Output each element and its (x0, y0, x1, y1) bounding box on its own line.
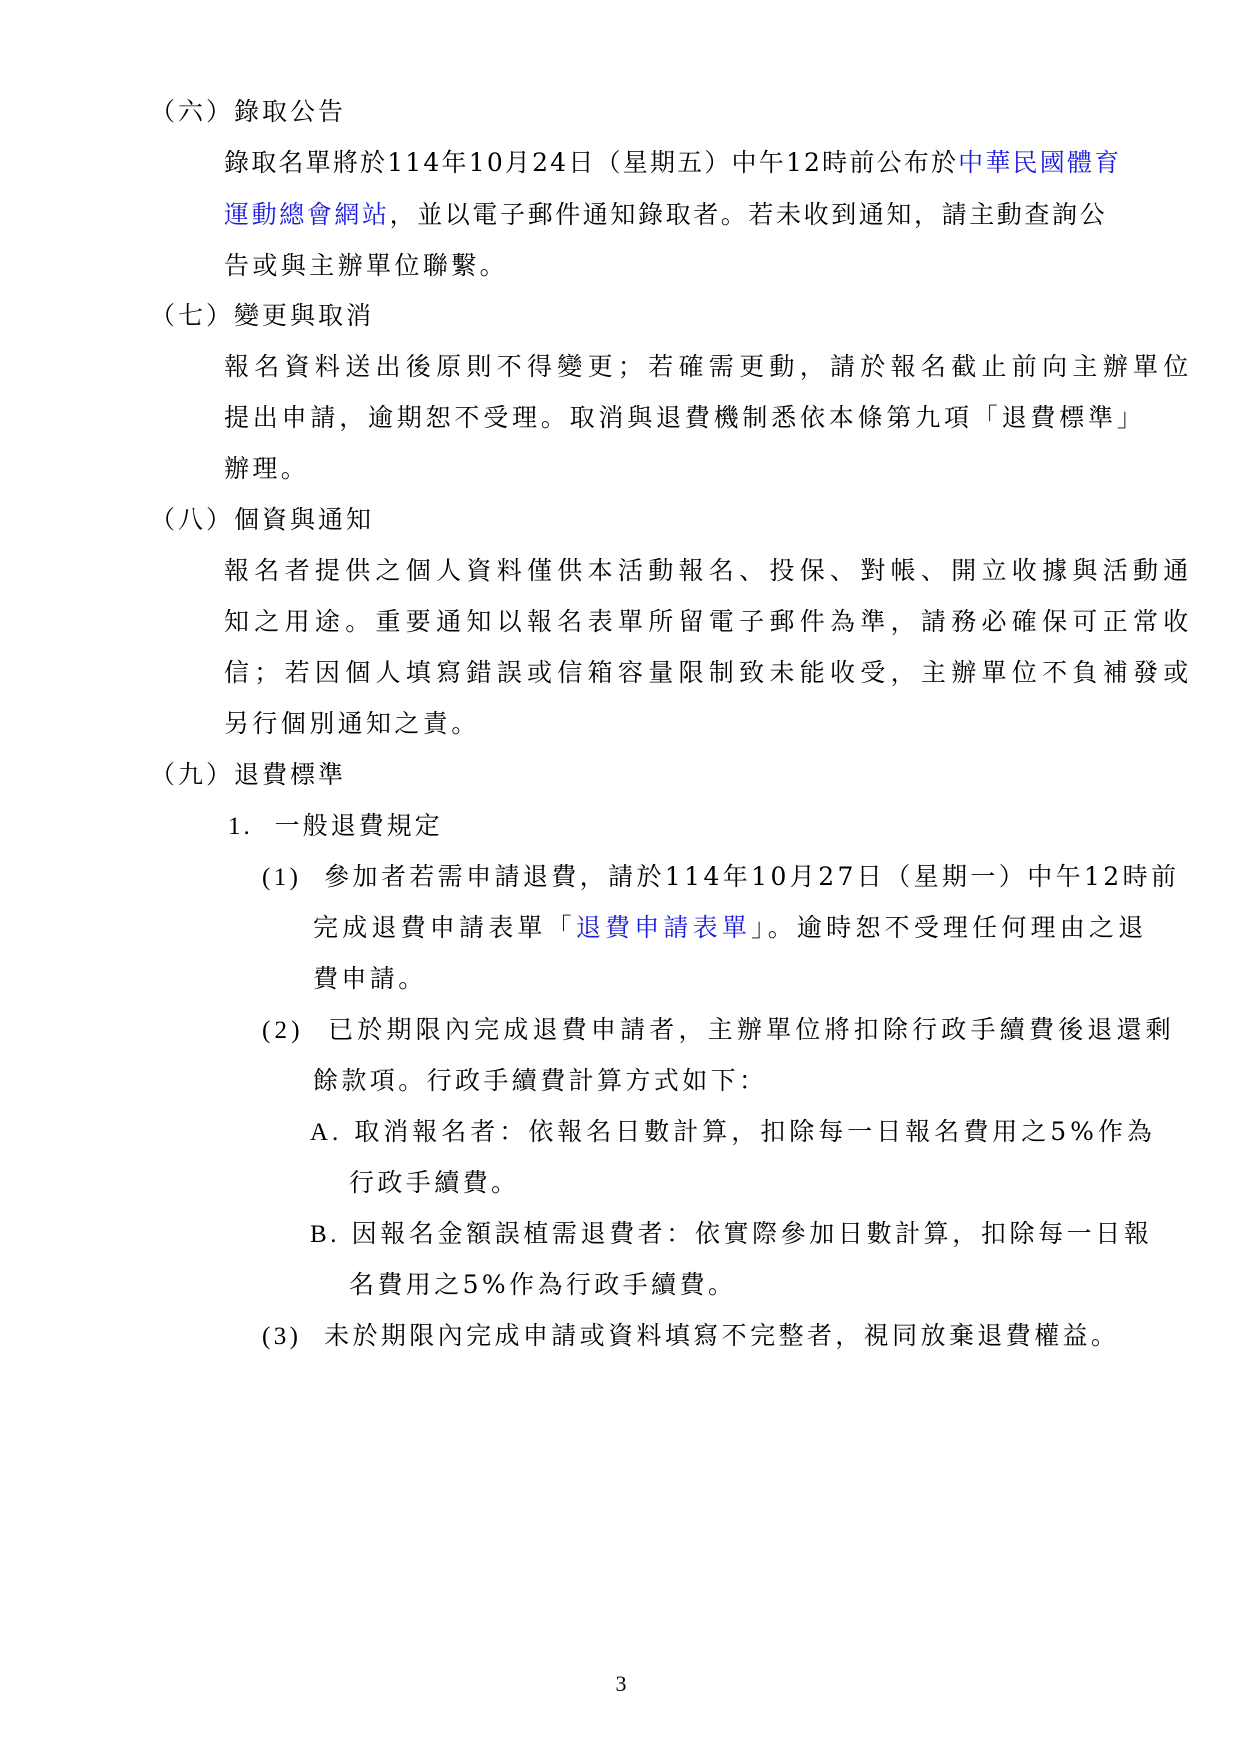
text: 取消報名者：依報名日數計算，扣除每一日報名費用之5%作為 (354, 1117, 1156, 1146)
subsection-general-refund: 1. 一般退費規定 (228, 806, 443, 847)
refund-application-form-link[interactable]: 退費申請表單 (576, 913, 751, 942)
list-item-continuation: 費申請。 (313, 959, 427, 999)
list-item-continuation: 餘款項。行政手續費計算方式如下： (313, 1061, 767, 1101)
text: 錄取名單將於114年10月24日（星期五）中午12時前公布於 (224, 148, 958, 177)
section-heading-seven: （七）變更與取消 (150, 296, 374, 336)
text: 參加者若需申請退費，請於114年10月27日（星期一）中午12時前 (324, 862, 1179, 891)
subsection-title: 一般退費規定 (275, 811, 443, 840)
section-heading-nine: （九）退費標準 (150, 755, 346, 795)
paragraph-line: 辦理。 (224, 449, 309, 489)
list-label: A. (310, 1119, 342, 1146)
paragraph-line: 知之用途。重要通知以報名表單所留電子郵件為準，請務必確保可正常收 (224, 602, 1194, 642)
text: 完成退費申請表單「 (313, 913, 576, 942)
section-heading-eight: （八）個資與通知 (150, 500, 374, 540)
list-label: (2) (262, 1017, 304, 1044)
paragraph-line: 信；若因個人填寫錯誤或信箱容量限制致未能收受，主辦單位不負補發或 (224, 653, 1194, 693)
paragraph-line: 錄取名單將於114年10月24日（星期五）中午12時前公布於中華民國體育 (224, 143, 1121, 183)
text: 已於期限內完成退費申請者，主辦單位將扣除行政手續費後退還剩 (328, 1015, 1175, 1044)
paragraph-line: 告或與主辦單位聯繫。 (224, 246, 508, 286)
list-item-continuation: 行政手續費。 (349, 1163, 519, 1203)
section-heading-six: （六）錄取公告 (150, 92, 346, 132)
list-label: B. (310, 1221, 340, 1248)
paragraph-line: 運動總會網站，並以電子郵件通知錄取者。若未收到通知，請主動查詢公 (224, 195, 1107, 235)
list-label: 1. (228, 813, 253, 840)
text: 未於期限內完成申請或資料填寫不完整者，視同放棄退費權益。 (324, 1321, 1119, 1350)
paragraph-line: 提出申請，逾期恕不受理。取消與退費機制悉依本條第九項「退費標準」 (224, 398, 1146, 438)
document-page: （六）錄取公告 錄取名單將於114年10月24日（星期五）中午12時前公布於中華… (0, 0, 1242, 1756)
text: 因報名金額誤植需退費者：依實際參加日數計算，扣除每一日報 (352, 1219, 1153, 1248)
text: ，並以電子郵件通知錄取者。若未收到通知，請主動查詢公 (390, 200, 1108, 229)
list-item: (2) 已於期限內完成退費申請者，主辦單位將扣除行政手續費後退還剩 (262, 1010, 1175, 1051)
sports-federation-link[interactable]: 中華民國體育 (958, 148, 1121, 177)
list-item: (1) 參加者若需申請退費，請於114年10月27日（星期一）中午12時前 (262, 857, 1179, 898)
paragraph-line: 報名者提供之個人資料僅供本活動報名、投保、對帳、開立收據與活動通 (224, 551, 1194, 591)
page-number: 3 (0, 1671, 1242, 1697)
list-label: (1) (262, 864, 301, 891)
list-item: B. 因報名金額誤植需退費者：依實際參加日數計算，扣除每一日報 (310, 1214, 1152, 1255)
list-item-continuation: 名費用之5%作為行政手續費。 (349, 1265, 736, 1305)
paragraph-line: 另行個別通知之責。 (224, 704, 480, 744)
sports-federation-website-link[interactable]: 運動總會網站 (224, 200, 390, 229)
list-item-continuation: 完成退費申請表單「退費申請表單」。逾時恕不受理任何理由之退 (313, 908, 1147, 948)
list-item: A. 取消報名者：依報名日數計算，扣除每一日報名費用之5%作為 (310, 1112, 1156, 1153)
list-item: (3) 未於期限內完成申請或資料填寫不完整者，視同放棄退費權益。 (262, 1316, 1119, 1357)
text: 」。逾時恕不受理任何理由之退 (751, 913, 1147, 942)
paragraph-line: 報名資料送出後原則不得變更；若確需更動，請於報名截止前向主辦單位 (224, 347, 1194, 387)
list-label: (3) (262, 1323, 301, 1350)
